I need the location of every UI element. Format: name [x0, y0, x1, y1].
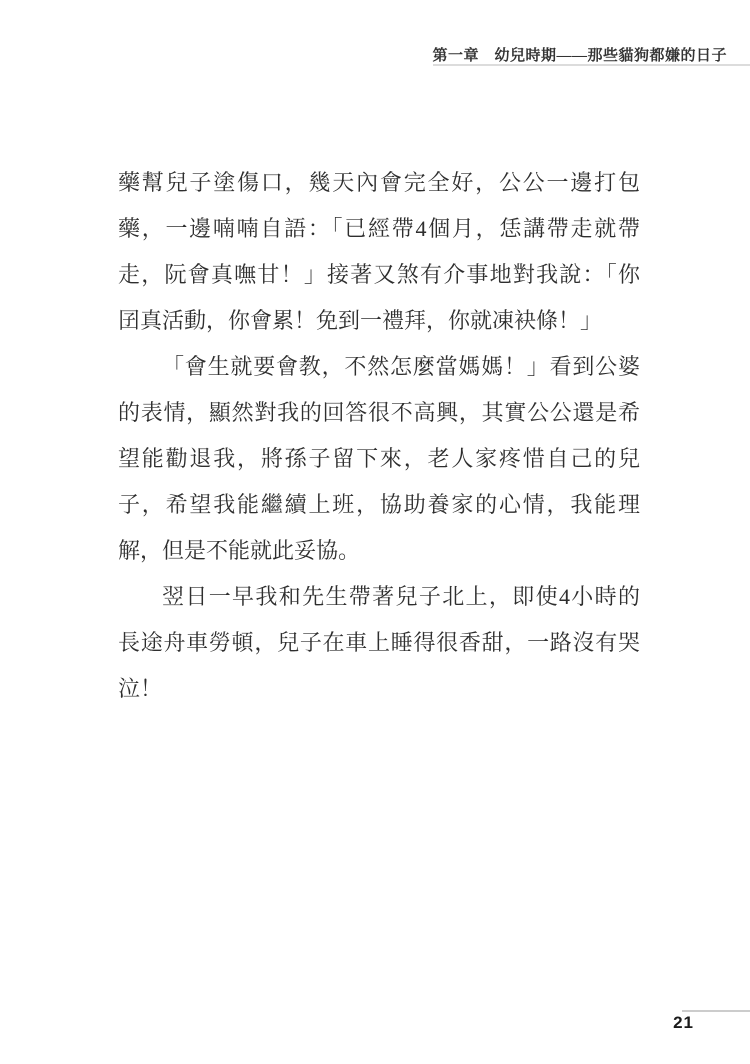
text-line: 泣！ [118, 666, 640, 712]
book-page: 第一章 幼兒時期——那些貓狗都嫌的日子 藥幫兒子塗傷口，幾天內會完全好，公公一邊… [0, 0, 750, 1064]
text-line: 的表情，顯然對我的回答很不高興，其實公公還是希 [118, 390, 640, 436]
page-number: 21 [673, 1013, 694, 1033]
text-line: 藥，一邊喃喃自語：「已經帶4個月，恁講帶走就帶 [118, 206, 640, 252]
text-line: 望能勸退我，將孫子留下來，老人家疼惜自己的兒 [118, 436, 640, 482]
body-text: 藥幫兒子塗傷口，幾天內會完全好，公公一邊打包 藥，一邊喃喃自語：「已經帶4個月，… [118, 160, 640, 712]
header-rule [433, 64, 750, 66]
footer-rule [682, 1010, 750, 1012]
text-line: 解，但是不能就此妥協。 [118, 528, 640, 574]
text-line: 長途舟車勞頓，兒子在車上睡得很香甜，一路沒有哭 [118, 620, 640, 666]
text-line: 藥幫兒子塗傷口，幾天內會完全好，公公一邊打包 [118, 160, 640, 206]
text-line: 囝真活動，你會累！免到一禮拜，你就凍袂條！」 [118, 298, 640, 344]
text-line: 走，阮會真嘸甘！」接著又煞有介事地對我說：「你 [118, 252, 640, 298]
text-line: 翌日一早我和先生帶著兒子北上，即使4小時的 [118, 574, 640, 620]
chapter-title: 第一章 幼兒時期——那些貓狗都嫌的日子 [432, 44, 727, 65]
text-line: 「會生就要會教，不然怎麼當媽媽！」看到公婆 [118, 344, 640, 390]
text-line: 子，希望我能繼續上班，協助養家的心情，我能理 [118, 482, 640, 528]
